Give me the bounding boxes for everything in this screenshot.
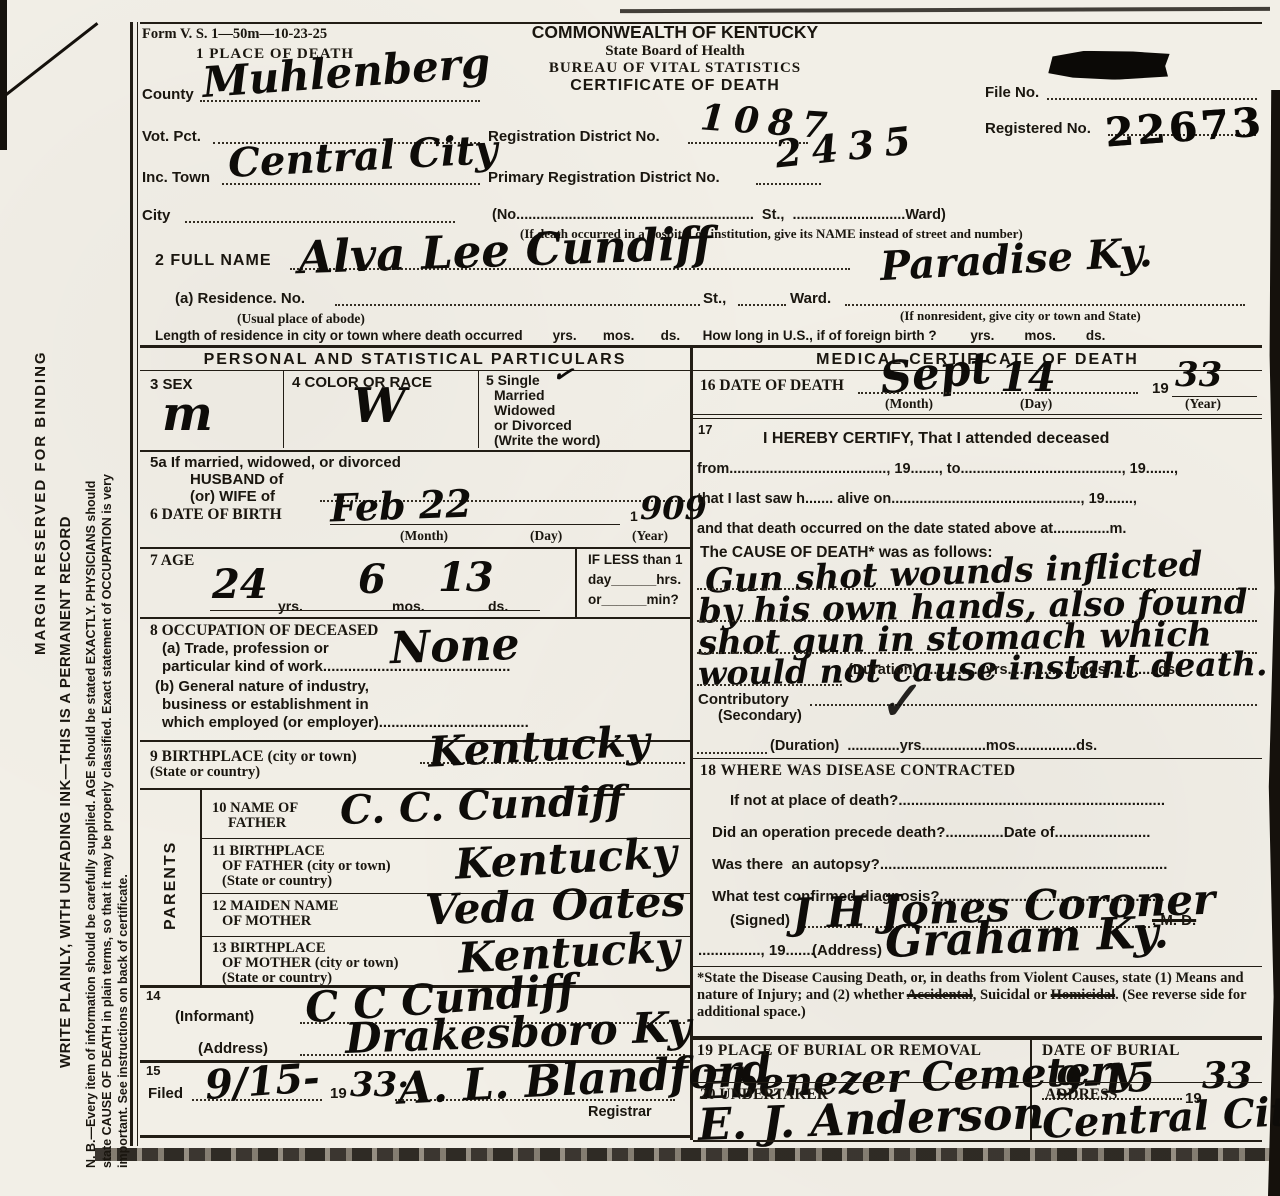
marital-write-word-note: (Write the word) — [494, 432, 600, 448]
rule — [478, 370, 479, 448]
death-certificate-scan: MARGIN RESERVED FOR BINDING WRITE PLAINL… — [0, 0, 1280, 1196]
bureau-title: BUREAU OF VITAL STATISTICS — [510, 60, 840, 77]
autopsy-line: Was there an autopsy?...................… — [712, 856, 1167, 873]
registered-no-value: 22673 — [1104, 99, 1266, 157]
certify-number: 17 — [698, 422, 712, 437]
filed-19-printed: 19 — [330, 1085, 347, 1102]
birthplace-value: Kentucky — [427, 720, 651, 774]
rule — [130, 22, 133, 1146]
regdist-label: Registration District No. — [488, 128, 660, 145]
city-no-st-ward: (No.....................................… — [492, 207, 946, 223]
residence-place-value: Paradise Ky. — [879, 233, 1153, 287]
rule — [693, 1036, 1262, 1040]
informant-number: 14 — [146, 988, 160, 1003]
contributory-label: Contributory — [698, 691, 789, 708]
full-name-value: Alva Lee Cundiff — [297, 221, 713, 280]
rule — [693, 1140, 1262, 1142]
rule — [693, 758, 1262, 759]
inctown-value: Central City — [227, 130, 498, 184]
margin-nb-line2: state CAUSE OF DEATH in plain terms, so … — [100, 474, 114, 1168]
rule — [283, 370, 284, 448]
dob-value: Feb 22 — [329, 485, 472, 528]
married-widowed-line1: 5a If married, widowed, or divorced — [150, 454, 401, 471]
rule — [845, 304, 1245, 306]
occupation-a-line1: (a) Trade, profession or — [162, 640, 329, 657]
coroner-address-value: Graham Ky. — [884, 911, 1169, 965]
signed-date-line: ..............., 19....... — [698, 942, 815, 959]
dob-year-printed: 1 — [630, 508, 638, 524]
residence-label: (a) Residence. No. — [175, 290, 305, 307]
date-of-death-year: 33 — [1175, 358, 1222, 392]
dob-day-caption: (Day) — [530, 528, 562, 544]
dod-year-caption: (Year) — [1185, 396, 1221, 412]
rule — [140, 450, 690, 452]
rule — [858, 392, 1138, 394]
abode-note: (Usual place of abode) — [237, 311, 365, 327]
rule — [335, 304, 700, 306]
scan-fold-line — [2, 22, 98, 98]
birthplace-sub-label: (State or country) — [150, 764, 260, 781]
ifless-line1: IF LESS than 1 — [588, 552, 683, 567]
margin-nb-line1: N. B.—Every item of information should b… — [84, 481, 98, 1168]
rule — [140, 345, 1262, 348]
dod-19-printed: 19 — [1152, 380, 1169, 397]
date-of-death-label: 16 DATE OF DEATH — [700, 377, 844, 395]
filed-number: 15 — [146, 1063, 160, 1078]
rule — [693, 1082, 1262, 1083]
votpct-label: Vot. Pct. — [142, 128, 201, 145]
dob-month-caption: (Month) — [400, 528, 448, 544]
marital-divorced-option: or Divorced — [494, 417, 572, 433]
rule — [200, 788, 202, 985]
rule — [137, 22, 138, 1146]
residence-st-label: St., — [703, 290, 726, 307]
rule — [210, 610, 540, 611]
last-saw-alive-line: that I last saw h....... alive on.......… — [697, 491, 1137, 507]
certify-statement: I HEREBY CERTIFY, That I attended deceas… — [763, 430, 1109, 448]
rule — [697, 684, 842, 686]
scan-edge-top — [620, 7, 1270, 13]
scan-edge-bottom — [95, 1148, 1280, 1161]
ifless-line3: or______min? — [588, 592, 679, 607]
rule — [140, 617, 690, 619]
ifless-line2: day______hrs. — [588, 572, 681, 587]
marital-single-option: 5 Single — [486, 372, 540, 388]
footnote-accidental-struck: Accidental — [907, 987, 973, 1003]
full-name-label: 2 FULL NAME — [155, 252, 271, 270]
footnote-homicidal-struck: Homicidal — [1051, 987, 1115, 1003]
personal-section-title: PERSONAL AND STATISTICAL PARTICULARS — [140, 351, 690, 369]
rule — [140, 1135, 690, 1138]
rule — [330, 524, 620, 525]
file-no-label: File No. — [985, 84, 1039, 101]
violent-death-footnote: *State the Disease Causing Death, or, in… — [697, 970, 1259, 1021]
married-widowed-line3: (or) WIFE of — [190, 488, 275, 505]
length-residence-line: Length of residence in city or town wher… — [155, 328, 1105, 343]
county-label: County — [142, 86, 194, 103]
registrar-label: Registrar — [588, 1104, 652, 1120]
registered-no-label: Registered No. — [985, 120, 1091, 137]
secondary-label: (Secondary) — [718, 708, 802, 724]
father-name-value: C. C. Cundiff — [339, 781, 624, 831]
rule — [140, 370, 690, 371]
nonresident-note: (If nonresident, give city or town and S… — [900, 308, 1141, 324]
certificate-title: CERTIFICATE OF DEATH — [510, 77, 840, 95]
dod-day-caption: (Day) — [1020, 396, 1052, 412]
header-center: COMMONWEALTH OF KENTUCKY State Board of … — [510, 22, 840, 95]
rule — [693, 966, 1262, 967]
commonwealth-title: COMMONWEALTH OF KENTUCKY — [510, 22, 840, 43]
rule — [1047, 98, 1257, 100]
not-place-of-death-line: If not at place of death?...............… — [730, 792, 1165, 809]
signed-label: (Signed) — [730, 912, 790, 929]
age-months-caption: mos. — [392, 598, 425, 614]
occupation-b-line1: (b) General nature of industry, — [155, 678, 369, 695]
contributory-checkmark: ✓ — [875, 675, 922, 728]
parents-group-label: PARENTS — [162, 841, 180, 930]
residence-ward-label: Ward. — [790, 290, 831, 307]
occupation-label: 8 OCCUPATION OF DECEASED — [150, 622, 378, 640]
informant-label: (Informant) — [175, 1008, 254, 1025]
rule — [756, 183, 821, 185]
age-years-value: 24 — [212, 565, 268, 605]
board-title: State Board of Health — [510, 43, 840, 60]
age-days-value: 13 — [438, 558, 494, 598]
married-widowed-line2: HUSBAND of — [190, 471, 283, 488]
age-days-caption: ds. — [488, 598, 508, 614]
rule — [697, 752, 767, 754]
rule — [140, 547, 690, 549]
father-birthplace-label3: (State or country) — [222, 873, 332, 890]
death-occurred-line: and that death occurred on the date stat… — [697, 521, 1126, 537]
scan-edge-right — [1264, 90, 1280, 1196]
dob-year-caption: (Year) — [632, 528, 668, 544]
age-months-value: 6 — [358, 560, 386, 600]
marital-widowed-option: Widowed — [494, 402, 555, 418]
color-race-value: W — [352, 382, 406, 430]
primdist-value: 2435 — [773, 120, 922, 173]
age-label: 7 AGE — [150, 552, 194, 570]
operation-line: Did an operation precede death?.........… — [712, 824, 1150, 841]
attended-from-line: from....................................… — [697, 461, 1178, 477]
scan-edge-topleft — [0, 0, 7, 150]
marital-married-option: Married — [494, 387, 545, 403]
margin-binding-note: MARGIN RESERVED FOR BINDING — [32, 350, 49, 655]
primdist-label: Primary Registration District No. — [488, 169, 720, 186]
rule — [810, 704, 1257, 706]
informant-address-label: (Address) — [198, 1040, 268, 1057]
father-name-label2: FATHER — [228, 815, 286, 832]
filed-date-value: 9/15- — [204, 1058, 321, 1106]
margin-write-plainly-note: WRITE PLAINLY, WITH UNFADING INK—THIS IS… — [57, 516, 74, 1068]
marital-checkmark: ✓ — [551, 360, 576, 388]
mother-name-label2: OF MOTHER — [222, 913, 311, 930]
sex-value: m — [162, 390, 213, 438]
rule — [693, 414, 1262, 415]
rule — [575, 547, 577, 617]
margin-nb-line3: important. See instructions on back of c… — [116, 874, 130, 1168]
rule — [738, 304, 786, 306]
rule — [693, 418, 1262, 419]
filed-label: Filed — [148, 1085, 183, 1102]
disease-contracted-label: 18 WHERE WAS DISEASE CONTRACTED — [700, 762, 1016, 780]
city-label: City — [142, 207, 170, 224]
occupation-value: None — [389, 623, 520, 671]
occupation-b-line2: business or establishment in — [162, 696, 369, 713]
age-years-caption: yrs. — [278, 598, 303, 614]
redacted-stamp — [1048, 48, 1171, 82]
contributory-duration-line: (Duration) .............yrs.............… — [770, 738, 1097, 754]
inctown-label: Inc. Town — [142, 169, 210, 186]
signed-address-label: (Address) — [812, 942, 882, 959]
undertaker-address-value: Central City — [1041, 1091, 1280, 1145]
footnote-text-mid: , Suicidal or — [973, 987, 1051, 1003]
form-number: Form V. S. 1—50m—10-23-25 — [142, 26, 327, 43]
burial-year-value: 33 — [1202, 1058, 1252, 1094]
dob-label: 6 DATE OF BIRTH — [150, 506, 282, 524]
rule — [185, 221, 455, 223]
dod-month-caption: (Month) — [885, 396, 933, 412]
